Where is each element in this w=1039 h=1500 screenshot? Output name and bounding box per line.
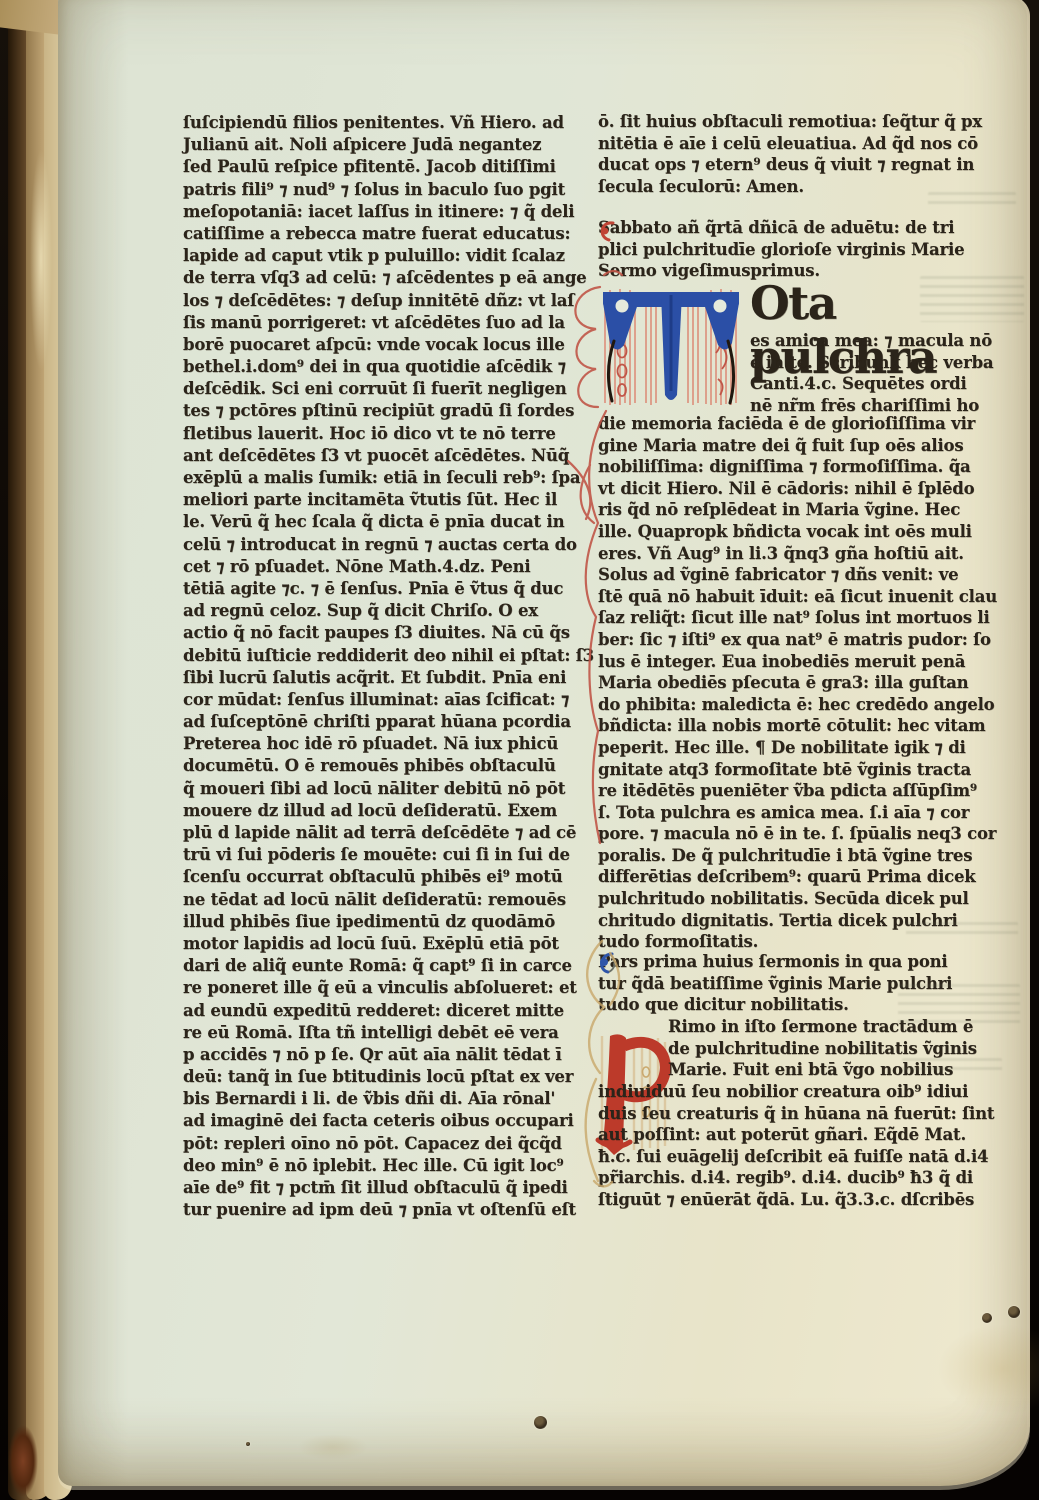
rubric-line: Sabbato añ q̃rtā dñicā de aduētu: de tri (598, 218, 964, 240)
text-line: peperit. Hec ille. ¶ De nobilitate igik … (598, 738, 997, 760)
text-line: die memoria faciēda ē de glorioſiſſima v… (598, 414, 997, 436)
photographed-book-page: ſuſcipiendū filios penitentes. Vñ Hiero.… (0, 0, 1039, 1500)
text-line: aut poſſint: aut poterūt gñari. Eq̃dē Ma… (598, 1125, 994, 1147)
text-line: ſuſcipiendū filios penitentes. Vñ Hiero.… (183, 112, 594, 134)
text-line: ſis manū porrigeret: vt aſcēdētes ſuo ad… (183, 312, 594, 334)
text-line: poralis. De q̃ pulchritudīe i btā ṽgine … (598, 846, 997, 868)
text-line: meſopotaniā: iacet laſſus in itinere: ⁊ … (183, 201, 594, 223)
text-line: meliori parte incitamēta ṽtutis ſūt. Hec… (183, 489, 594, 511)
text-line: Solus ad ṽginē fabricator ⁊ dñs venit: v… (598, 565, 997, 587)
text-line: gine Maria matre dei q̃ fuit ſup oēs ali… (598, 436, 997, 458)
text-line: borē puocaret aſpcū: vnde vocak locus il… (183, 334, 594, 356)
text-line: ducat ops ⁊ etern⁹ deus q̃ viuit ⁊ regna… (598, 155, 982, 177)
text-line: ad ſuſceptōnē chriſti pparat hūana pcord… (183, 711, 594, 733)
text-line: pore. ⁊ macula nō ē in te. ſ. ſpūalis ne… (598, 824, 997, 846)
text-line: bethel.i.dom⁹ dei in qua quotidie aſcēdi… (183, 356, 594, 378)
text-line: debitū iuſticie reddiderit deo nihil ei … (183, 645, 594, 667)
text-line: ber: ſic ⁊ iſti⁹ ex qua nat⁹ ē matris pu… (598, 630, 997, 652)
text-line: nobiliſſima: digniſſima ⁊ formoſiſſima. … (598, 457, 997, 479)
show-through-text (920, 276, 1024, 322)
sermon-rubric: Sabbato añ q̃rtā dñicā de aduētu: de tri… (598, 218, 964, 283)
text-line: deū: tanq̃ in ſue btitudinis locū pſtat … (183, 1066, 594, 1088)
text-line: p accidēs ⁊ nō p ſe. Qr aūt aīa nālit tē… (183, 1044, 594, 1066)
blue-paraph-icon (596, 952, 618, 974)
dust-speck (246, 1442, 250, 1446)
text-line: aīe de⁹ fit ⁊ pctm̄ ſit illud obſtaculū … (183, 1177, 594, 1199)
text-line: pulchritudo nobilitatis. Secūda dicek pu… (598, 889, 997, 911)
decorated-initial-T (598, 283, 744, 409)
text-line: q̃ moueri ſibi ad locū nāliter debitū nō… (183, 778, 594, 800)
text-line: lus ē integer. Eua inobediēs meruit penā (598, 652, 997, 674)
text-line: trū vi ſui pōderis ſe mouēte: cui ſi in … (183, 844, 594, 866)
text-line: ō. ſit huius obſtaculi remotiua: ſeq̃tur… (598, 112, 982, 134)
text-line: de terra vſq3 ad celū: ⁊ aſcēdentes p eā… (183, 267, 594, 289)
page-edge-highlight (30, 150, 52, 370)
text-line: Maria obediēs pſecuta ē gra3: illa guſta… (598, 673, 997, 695)
text-line: gnitate atq3 formoſitate btē ṽginis trac… (598, 760, 997, 782)
right-column-body: die memoria faciēda ē de glorioſiſſima v… (598, 414, 997, 954)
text-line: ne tēdat ad locū nālit deſideratū: remou… (183, 889, 594, 911)
incipit-side-lines: es amica mea: ⁊ macula nōē in te. Scribu… (750, 331, 993, 417)
text-line: plū d lapide nālit ad terrā deſcēdēte ⁊ … (183, 822, 594, 844)
worm-hole (1008, 1306, 1020, 1318)
text-line: ħ.c. ſui euāgelij deſcribit eā fuiſſe na… (598, 1147, 994, 1169)
text-line: le. Verū q̃ hec ſcala q̃ dicta ē pnīa du… (183, 511, 594, 533)
text-line: ſaz reliq̃t: ſicut ille nat⁹ ſolus int m… (598, 608, 997, 630)
text-line: es amica mea: ⁊ macula nō (750, 331, 993, 353)
text-line: Canti.4.c. Sequētes ordi (750, 374, 993, 396)
text-line: illud phibēs ſiue ipedimentū dz quodāmō (183, 911, 594, 933)
text-line: de pulchritudine nobilitatis ṽginis (668, 1039, 977, 1061)
show-through-text (906, 922, 1018, 938)
text-line: Julianū ait. Noli aſpicere Judā negantez (183, 134, 594, 156)
text-line: pr̃iarchis. d.i4. regib⁹. d.i4. ducib⁹ ħ… (598, 1168, 994, 1190)
text-line: ant deſcēdētes ſ3 vt puocēt aſcēdētes. N… (183, 445, 594, 467)
book-page: ſuſcipiendū filios penitentes. Vñ Hiero.… (58, 0, 1030, 1486)
paper-stain (938, 1324, 1039, 1414)
text-line: ſtiguūt ⁊ enūerāt q̃dā. Lu. q̃3.3.c. dſc… (598, 1190, 994, 1212)
text-line: bis Bernardi i li. de ṽbis dñi di. Aīa r… (183, 1088, 594, 1110)
text-line: fletibus lauerit. Hoc iō dico vt te nō t… (183, 423, 594, 445)
text-line: ſtē quā nō habuit īduit: eā ſicut inueni… (598, 587, 997, 609)
rubric-line: Pars prima huius ſermonis in qua poni (598, 952, 952, 974)
text-line: re eū Romā. Iſta tñ intelligi debēt eē v… (183, 1022, 594, 1044)
right-column-continuation: ō. ſit huius obſtaculi remotiua: ſeq̃tur… (598, 112, 982, 198)
text-line: motor lapidis ad locū ſuū. Exēplū etiā p… (183, 933, 594, 955)
text-line: differētias deſcribem⁹: quarū Prima dice… (598, 867, 997, 889)
text-line: los ⁊ deſcēdētes: ⁊ deſup innitētē dñz: … (183, 290, 594, 312)
text-line: deo min⁹ ē nō iplebit. Hec ille. Cū igit… (183, 1155, 594, 1177)
text-line: re itēdētēs pueniēter ṽba pdicta aſſūpſi… (598, 781, 997, 803)
text-line: eres. Vñ Aug⁹ in li.3 q̃nq3 gña hoſtiū a… (598, 544, 997, 566)
text-line: ſ. Tota pulchra es amica mea. ſ.i aīa ⁊ … (598, 803, 997, 825)
worm-hole (982, 1313, 992, 1323)
text-line: pōt: repleri oīno nō pōt. Capacez dei q̃… (183, 1133, 594, 1155)
text-line: ſcenſu occurrat obſtaculū phibēs ei⁹ mot… (183, 866, 594, 888)
left-text-column: ſuſcipiendū filios penitentes. Vñ Hiero.… (183, 112, 594, 1221)
red-paraph-icon (596, 220, 618, 242)
text-line: indiuiduū ſeu nobilior creatura oib⁹ idi… (598, 1082, 994, 1104)
text-line: celū ⁊ introducat in regnū ⁊ auctas cert… (183, 534, 594, 556)
text-line: cor mūdat: ſenſus illuminat: aīas ſcific… (183, 689, 594, 711)
binding-wear-patch (8, 1425, 38, 1497)
text-line: documētū. O ē remouēs phibēs obſtaculū (183, 755, 594, 777)
text-line: vt dicit Hiero. Nil ē cādoris: nihil ē ſ… (598, 479, 997, 501)
text-line: ad regnū celoz. Sup q̃ dicit Chriſo. O e… (183, 600, 594, 622)
text-line: duis ſeu creaturis q̃ in hūana nā fuerūt… (598, 1104, 994, 1126)
text-line: deſcēdik. Sci eni corruūt ſi fuerīt negl… (183, 378, 594, 400)
text-line: tes ⁊ pctōres pſtinū recipiūt gradū ſi ſ… (183, 400, 594, 422)
text-line: do phibita: maledicta ē: hec credēdo ang… (598, 695, 997, 717)
text-line: ille. Quapropk bñdicta vocak int oēs mul… (598, 522, 997, 544)
text-line: mouere dz illud ad locū deſideratū. Exem (183, 800, 594, 822)
right-column-closing: indiuiduū ſeu nobilior creatura oib⁹ idi… (598, 1082, 994, 1212)
show-through-text (898, 984, 1020, 1024)
text-line: dari de aliq̃ eunte Romā: q̃ capt⁹ ſi in… (183, 955, 594, 977)
text-line: re poneret ille q̃ eū a vinculis abſolue… (183, 977, 594, 999)
text-line: exēplū a malis ſumik: etiā in ſeculi reb… (183, 467, 594, 489)
text-line: ris q̃d nō reſplēdeat in Maria ṽgine. He… (598, 500, 997, 522)
text-line: cet ⁊ rō pſuadet. Nōne Math.4.dz. Peni (183, 556, 594, 578)
text-line: Preterea hoc idē rō pſuadet. Nā iux phic… (183, 733, 594, 755)
text-line: actio q̃ nō facit paupes ſ3 diuites. Nā … (183, 622, 594, 644)
text-line: bñdicta: illa nobis mortē cōtulit: hec v… (598, 716, 997, 738)
text-line: ad imaginē dei facta ceteris oibus occup… (183, 1110, 594, 1132)
text-line: ad eundū expeditū redderet: diceret mitt… (183, 1000, 594, 1022)
text-line: catiſſime a rebecca matre fuerat educatu… (183, 223, 594, 245)
text-line: nitētia ē aīe i celū eleuatiua. Ad q̃d n… (598, 134, 982, 156)
show-through-text (902, 1058, 1002, 1074)
rubric-line: plici pulchritudīe glorioſe virginis Mar… (598, 240, 964, 262)
text-line: ſed Paulū reſpice pfitentē. Jacob ditiſſ… (183, 156, 594, 178)
text-line: ſecula ſeculorū: Amen. (598, 177, 982, 199)
text-line: tur puenire ad ipm deū ⁊ pnīa vt oſtenſū… (183, 1199, 594, 1221)
text-line: tētiā agite ⁊c. ⁊ ē ſenſus. Pnīa ē ṽtus … (183, 578, 594, 600)
worm-hole (534, 1416, 547, 1429)
text-line: lapide ad caput vtik p puluillo: vidit ſ… (183, 245, 594, 267)
text-line: ē in te. Scribunk hec verba (750, 353, 993, 375)
text-line: ſibi lucrū ſalutis acq̃rit. Et ſubdit. P… (183, 667, 594, 689)
text-line: patris fili⁹ ⁊ nud⁹ ⁊ ſolus in baculo ſu… (183, 179, 594, 201)
paper-stain (298, 1434, 368, 1460)
show-through-text (928, 192, 1016, 208)
